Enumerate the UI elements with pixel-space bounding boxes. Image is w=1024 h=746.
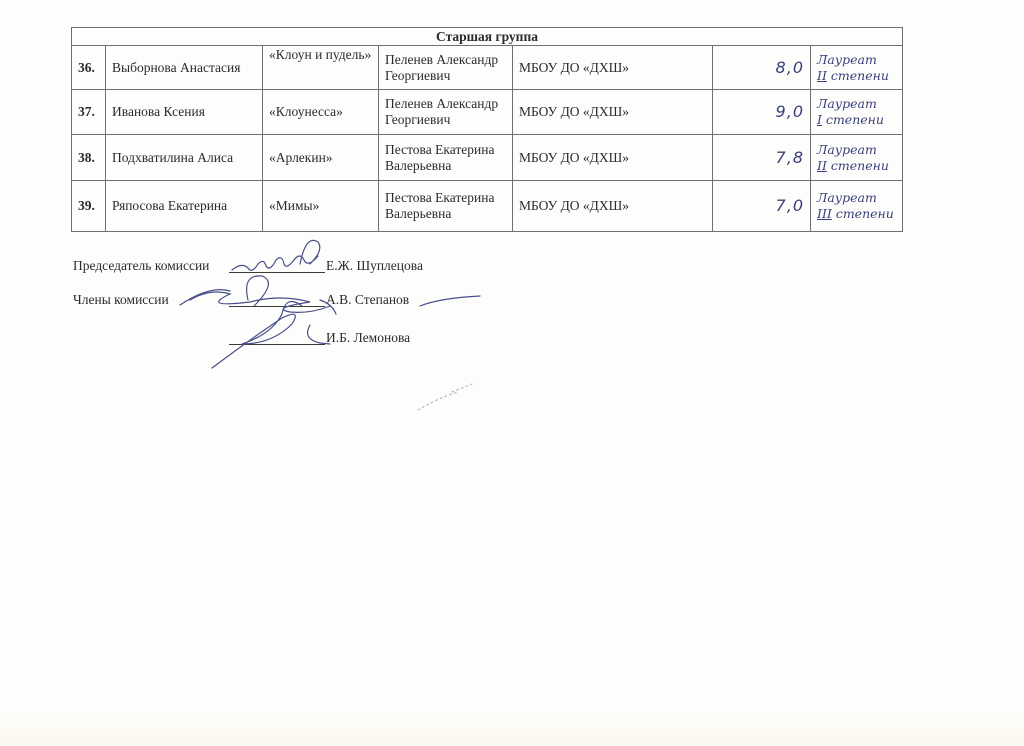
member1-signature-line bbox=[229, 306, 325, 307]
school-name: МБОУ ДО «ДХШ» bbox=[513, 90, 713, 135]
award-degree-word: степени bbox=[831, 68, 889, 83]
table-row: 38. Подхватилина Алиса «Арлекин» Пестова… bbox=[72, 135, 903, 181]
members-label: Члены комиссии bbox=[73, 292, 169, 308]
award-degree: I bbox=[817, 112, 822, 127]
chair-signature-icon bbox=[232, 240, 320, 270]
member2-signature-icon bbox=[212, 302, 330, 369]
table-row: 36. Выборнова Анастасия «Клоун и пудель»… bbox=[72, 46, 903, 90]
chair-signature-line bbox=[229, 272, 325, 273]
score: 8,0 bbox=[713, 46, 811, 90]
work-title: «Арлекин» bbox=[263, 135, 379, 181]
member1-name: А.В. Степанов bbox=[326, 292, 409, 308]
page-scan-tint bbox=[0, 710, 1024, 746]
results-table: Старшая группа 36. Выборнова Анастасия «… bbox=[71, 27, 903, 232]
school-name: МБОУ ДО «ДХШ» bbox=[513, 135, 713, 181]
award-degree: II bbox=[817, 68, 827, 83]
award-degree-word: степени bbox=[831, 158, 889, 173]
member2-signature-line bbox=[229, 344, 325, 345]
teacher-name: Пеленев Александр Георгиевич bbox=[379, 46, 513, 90]
participant-name: Выборнова Анастасия bbox=[106, 46, 263, 90]
award-degree: II bbox=[817, 158, 827, 173]
chair-label: Председатель комиссии bbox=[73, 258, 209, 274]
row-number: 39. bbox=[72, 181, 106, 232]
participant-name: Ряпосова Екатерина bbox=[106, 181, 263, 232]
award: Лауреат Iстепени bbox=[811, 90, 903, 135]
work-title: «Клоунесса» bbox=[263, 90, 379, 135]
row-number: 38. bbox=[72, 135, 106, 181]
teacher-name: Пестова Екатерина Валерьевна bbox=[379, 181, 513, 232]
score: 9,0 bbox=[713, 90, 811, 135]
work-title: «Мимы» bbox=[263, 181, 379, 232]
award: Лауреат IIстепени bbox=[811, 46, 903, 90]
award-title: Лауреат bbox=[817, 52, 896, 68]
participant-name: Подхватилина Алиса bbox=[106, 135, 263, 181]
work-title: «Клоун и пудель» bbox=[263, 46, 379, 90]
member2-name: И.Б. Лемонова bbox=[326, 330, 410, 346]
group-header-row: Старшая группа bbox=[72, 28, 903, 46]
award-title: Лауреат bbox=[817, 96, 896, 112]
stray-marks-icon bbox=[418, 384, 472, 410]
school-name: МБОУ ДО «ДХШ» bbox=[513, 181, 713, 232]
score: 7,0 bbox=[713, 181, 811, 232]
teacher-name: Пестова Екатерина Валерьевна bbox=[379, 135, 513, 181]
award-title: Лауреат bbox=[817, 190, 896, 206]
participant-name: Иванова Ксения bbox=[106, 90, 263, 135]
teacher-name: Пеленев Александр Георгиевич bbox=[379, 90, 513, 135]
award-degree-word: степени bbox=[836, 206, 894, 221]
row-number: 37. bbox=[72, 90, 106, 135]
chair-name: Е.Ж. Шуплецова bbox=[326, 258, 423, 274]
table-row: 39. Ряпосова Екатерина «Мимы» Пестова Ек… bbox=[72, 181, 903, 232]
row-number: 36. bbox=[72, 46, 106, 90]
award-degree: III bbox=[817, 206, 832, 221]
score: 7,8 bbox=[713, 135, 811, 181]
award: Лауреат IIIстепени bbox=[811, 181, 903, 232]
group-header: Старшая группа bbox=[72, 28, 903, 46]
award-title: Лауреат bbox=[817, 142, 896, 158]
school-name: МБОУ ДО «ДХШ» bbox=[513, 46, 713, 90]
table-row: 37. Иванова Ксения «Клоунесса» Пеленев А… bbox=[72, 90, 903, 135]
award: Лауреат IIстепени bbox=[811, 135, 903, 181]
award-degree-word: степени bbox=[826, 112, 884, 127]
